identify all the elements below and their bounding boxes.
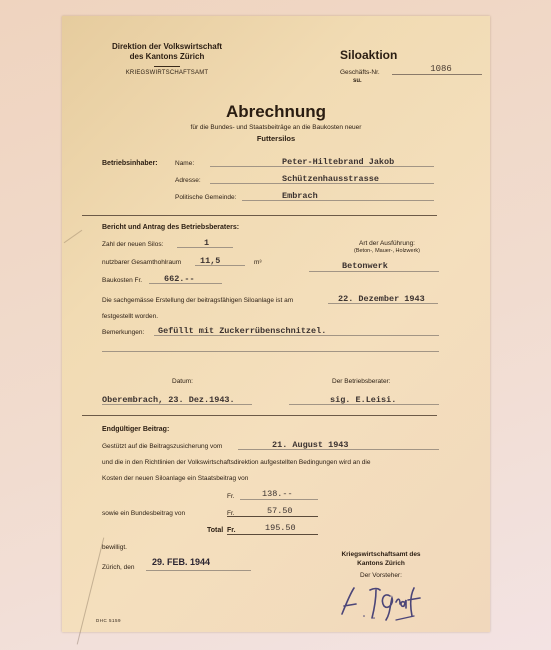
cost-label: Baukosten Fr. (102, 277, 142, 284)
total-amount-value: 195.50 (265, 523, 296, 533)
final-section-label: Endgültiger Beitrag: (102, 426, 169, 433)
owner-municipality-line (242, 200, 434, 201)
completion-label-2: festgestellt worden. (102, 313, 158, 320)
date-stamp: 29. FEB. 1944 (152, 557, 210, 567)
signing-office: Kriegswirtschaftsamt des Kantons Zürich (322, 550, 440, 568)
case-number-label: Geschäfts-Nr. (340, 69, 380, 76)
owner-address-label: Adresse: (175, 177, 201, 184)
department-name: KRIEGSWIRTSCHAFTSAMT (62, 70, 272, 76)
conditions-text: und die in den Richtlinien der Volkswirt… (102, 459, 447, 466)
document-subtitle: für die Bundes- und Staatsbeiträge an di… (62, 124, 490, 131)
state-amount-value: 138.-- (262, 489, 293, 499)
cost-value: 662.-- (164, 274, 195, 284)
owner-name-label: Name: (175, 160, 194, 167)
issuing-authority: Direktion der Volkswirtschaft des Kanton… (62, 42, 272, 76)
document-page: Direktion der Volkswirtschaft des Kanton… (62, 16, 490, 632)
paper-crease (64, 230, 83, 243)
state-currency: Fr. (227, 493, 235, 500)
silo-count-label: Zahl der neuen Silos: (102, 241, 163, 248)
report-section-label: Bericht und Antrag des Betriebsberaters: (102, 224, 239, 231)
advisor-label: Der Betriebsberater: (332, 378, 391, 385)
silo-count-value: 1 (204, 238, 209, 248)
owner-address-value: Schützenhausstrasse (282, 174, 379, 184)
federal-amount-line (227, 516, 318, 517)
volume-unit: m³ (254, 259, 262, 266)
completion-label: Die sachgemässe Erstellung der beitragsf… (102, 297, 293, 304)
document-subtitle-2: Futtersilos (62, 134, 490, 143)
owner-municipality-label: Politische Gemeinde: (175, 194, 236, 201)
owner-name-value: Peter-Hiltebrand Jakob (282, 157, 394, 167)
construction-type-label: Art der Ausführung: (337, 240, 437, 247)
divider (154, 66, 180, 67)
case-number-sub: su. (353, 78, 362, 84)
state-amount-line (240, 499, 318, 500)
state-contribution-text: Kosten der neuen Siloanlage ein Staatsbe… (102, 475, 248, 482)
paper-crease (77, 538, 105, 645)
date-value: Oberembrach, 23. Dez.1943. (102, 395, 235, 405)
federal-label: sowie ein Bundesbeitrag von (102, 510, 185, 517)
remarks-value: Gefüllt mit Zuckerrübenschnitzel. (158, 326, 326, 336)
owner-municipality-value: Embrach (282, 191, 318, 201)
total-currency: Fr. (227, 527, 236, 534)
document-title: Abrechnung (62, 102, 490, 122)
owner-section-label: Betriebsinhaber: (102, 160, 158, 167)
authority-line1: Direktion der Volkswirtschaft (62, 42, 272, 52)
construction-type-value: Betonwerk (342, 261, 388, 271)
basis-date-value: 21. August 1943 (272, 440, 349, 450)
action-title: Siloaktion (340, 48, 397, 62)
authority-line2: des Kantons Zürich (62, 52, 272, 62)
office-line2: Kantons Zürich (322, 559, 440, 568)
volume-label: nutzbarer Gesamthohlraum (102, 259, 181, 266)
total-amount-line (227, 534, 318, 535)
construction-type-line (309, 271, 439, 272)
construction-type-hint: (Beton-, Mauer-, Holzwerk) (330, 248, 444, 254)
total-label: Total (207, 527, 223, 534)
completion-date-value: 22. Dezember 1943 (338, 294, 425, 304)
date-label: Datum: (172, 378, 193, 385)
place-label: Zürich, den (102, 564, 135, 571)
remarks-line-2 (102, 351, 439, 352)
handwritten-signature (334, 576, 434, 626)
signature-icon (334, 576, 434, 626)
advisor-value: sig. E.Leisi. (330, 395, 396, 405)
place-date-line (146, 570, 251, 571)
case-number-value: 1086 (392, 64, 482, 75)
section-divider (82, 215, 437, 216)
basis-label: Gestützt auf die Beitragszusicherung vom (102, 443, 222, 450)
volume-value: 11,5 (200, 256, 220, 266)
section-divider (82, 415, 437, 416)
form-code: DHC 5159 (96, 618, 121, 623)
federal-amount-value: 57.50 (267, 506, 293, 516)
approved-label: bewilligt. (102, 544, 127, 551)
office-line1: Kriegswirtschaftsamt des (322, 550, 440, 559)
remarks-label: Bemerkungen: (102, 329, 144, 336)
